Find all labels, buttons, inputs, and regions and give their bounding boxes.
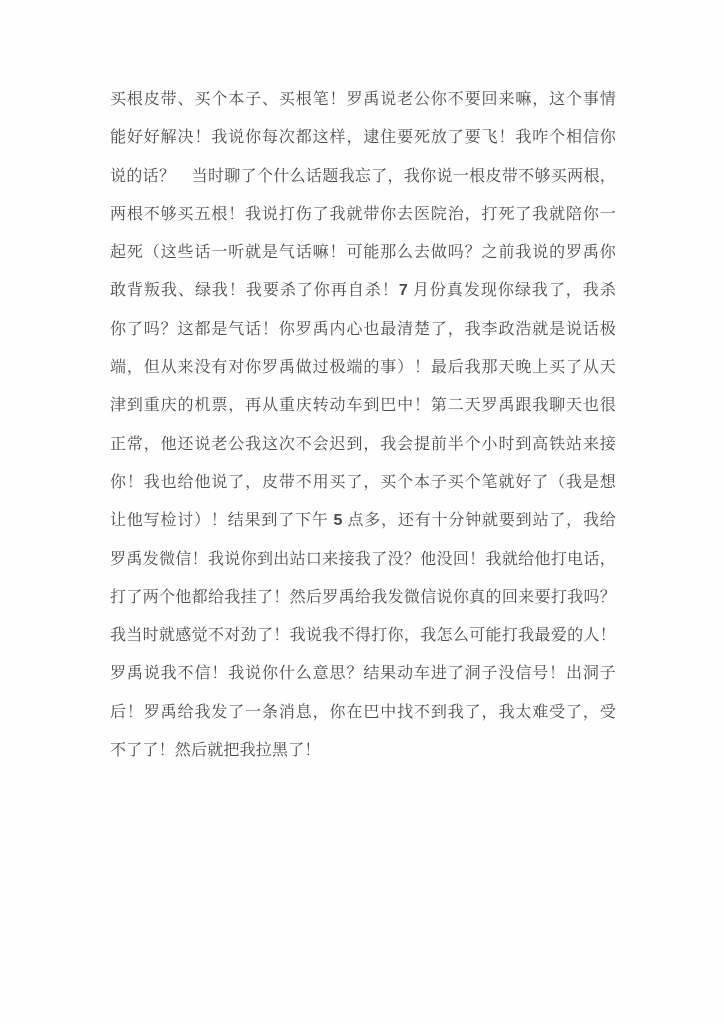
paragraph-line: 端，但从来没有对你罗禹做过极端的事）！最后我那天晚上买了从天 (110, 349, 616, 387)
paragraph-line: 你！我也给他说了，皮带不用买了，买个本子买个笔就好了（我是想 (110, 464, 616, 502)
paragraph-line: 后！罗禹给我发了一条消息，你在巴中找不到我了，我太难受了，受 (110, 694, 616, 732)
paragraph-line: 两根不够买五根！我说打伤了我就带你去医院治，打死了我就陪你一 (110, 196, 616, 234)
paragraph-line: 不了了！然后就把我拉黑了！ (110, 732, 616, 770)
paragraph-line: 罗禹发微信！我说你到出站口来接我了没？他没回！我就给他打电话， (110, 541, 616, 579)
paragraph-line: 你了吗？这都是气话！你罗禹内心也最清楚了，我李政浩就是说话极 (110, 311, 616, 349)
paragraph-line: 打了两个他都给我挂了！然后罗禹给我发微信说你真的回来要打我吗？ (110, 579, 616, 617)
paragraph-line: 买根皮带、买个本子、买根笔！罗禹说老公你不要回来嘛，这个事情 (110, 81, 616, 119)
paragraph-line: 让他写检讨）！结果到了下午 5 点多，还有十分钟就要到站了，我给 (110, 502, 616, 540)
paragraph-line: 敢背叛我、绿我！我要杀了你再自杀！7 月份真发现你绿我了，我杀 (110, 272, 616, 310)
paragraph-line: 我当时就感觉不对劲了！我说我不得打你，我怎么可能打我最爱的人！ (110, 617, 616, 655)
paragraph-line: 能好好解决！我说你每次都这样，逮住要死放了要飞！我咋个相信你 (110, 119, 616, 157)
document-page: 买根皮带、买个本子、买根笔！罗禹说老公你不要回来嘛，这个事情 能好好解决！我说你… (0, 0, 724, 1024)
paragraph-line: 起死（这些话一听就是气话嘛！可能那么去做吗？之前我说的罗禹你 (110, 234, 616, 272)
paragraph-line: 正常，他还说老公我这次不会迟到，我会提前半个小时到高铁站来接 (110, 426, 616, 464)
paragraph-line: 说的话？ 当时聊了个什么话题我忘了，我你说一根皮带不够买两根， (110, 158, 616, 196)
article-body: 买根皮带、买个本子、买根笔！罗禹说老公你不要回来嘛，这个事情 能好好解决！我说你… (110, 81, 616, 770)
paragraph-line: 罗禹说我不信！我说你什么意思？结果动车进了洞子没信号！出洞子 (110, 655, 616, 693)
paragraph-line: 津到重庆的机票，再从重庆转动车到巴中！第二天罗禹跟我聊天也很 (110, 387, 616, 425)
